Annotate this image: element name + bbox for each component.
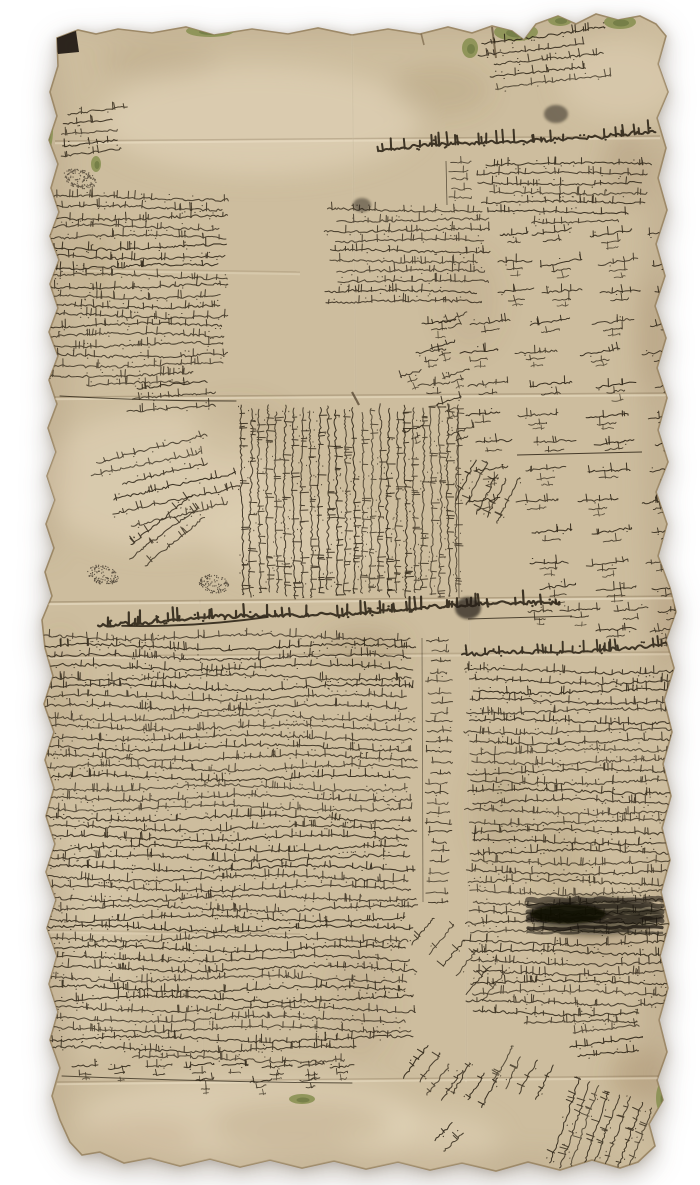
manuscript-scan: Photograph of a large aged Ottoman-era A… xyxy=(0,0,700,1185)
heavy-smudge-band xyxy=(528,897,662,935)
ink-blot-mid xyxy=(455,597,481,619)
manuscript-photo xyxy=(0,0,700,1185)
ink-blot-small xyxy=(353,198,371,212)
ink-blot-top xyxy=(544,105,568,123)
